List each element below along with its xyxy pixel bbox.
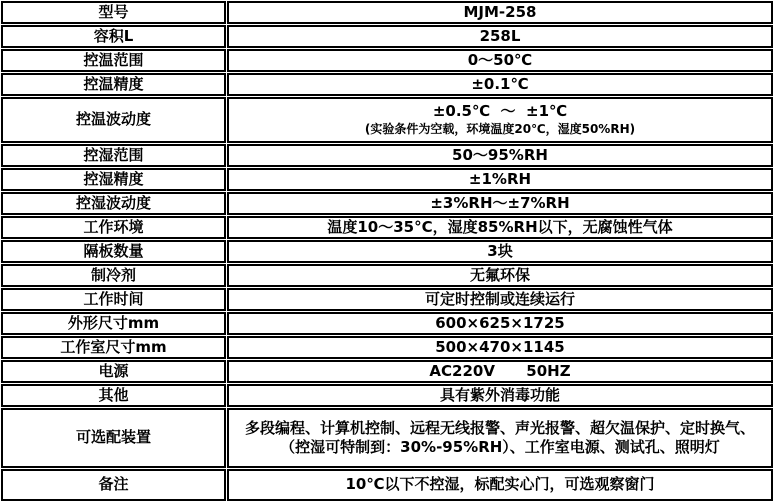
spec-value-work-environment: 温度10～35°C，湿度85%RH以下，无腐蚀性气体 (227, 216, 773, 239)
spec-label-remarks: 备注 (1, 469, 226, 501)
spec-label-text: 控温精度 (83, 75, 143, 95)
spec-label-text: 控温范围 (83, 51, 143, 71)
spec-label-text: 外形尺寸mm (68, 314, 159, 334)
spec-value-other: 具有紫外消毒功能 (227, 384, 773, 407)
spec-value-outer-dimensions: 600×625×1725 (227, 312, 773, 335)
spec-value-work-time: 可定时控制或连续运行 (227, 288, 773, 311)
spec-label-text: 工作室尺寸mm (60, 338, 166, 358)
spec-label-model: 型号 (1, 1, 226, 24)
spec-value-optional-devices: 多段编程、计算机控制、远程无线报警、声光报警、超欠温保护、定时换气、（控湿可特制… (227, 408, 773, 468)
spec-value-text: MJM-258 (464, 3, 537, 23)
spec-label-refrigerant: 制冷剂 (1, 264, 226, 287)
spec-label-temp-accuracy: 控温精度 (1, 73, 226, 96)
spec-label-work-time: 工作时间 (1, 288, 226, 311)
spec-label-other: 其他 (1, 384, 226, 407)
spec-label-text: 型号 (98, 3, 128, 23)
spec-label-humidity-range: 控湿范围 (1, 144, 226, 167)
spec-value-remarks: 10℃以下不控湿，标配实心门，可选观察窗门 (227, 469, 773, 501)
spec-value-text: 无氟环保 (470, 266, 530, 286)
spec-label-text: 控温波动度 (76, 110, 151, 130)
spec-value-text: 50～95%RH (452, 146, 548, 166)
spec-label-text: 控湿范围 (83, 146, 143, 166)
spec-label-work-environment: 工作环境 (1, 216, 226, 239)
spec-label-humidity-accuracy: 控湿精度 (1, 168, 226, 191)
spec-value-text: AC220V 50HZ (429, 362, 570, 382)
spec-value-note: (实验条件为空载，环境温度20℃，湿度50%RH) (365, 122, 635, 138)
spec-label-power: 电源 (1, 360, 226, 383)
spec-label-optional-devices: 可选配装置 (1, 408, 226, 468)
spec-label-text: 可选配装置 (76, 428, 151, 448)
spec-label-text: 隔板数量 (83, 242, 143, 262)
spec-value-power: AC220V 50HZ (227, 360, 773, 383)
spec-label-volume: 容积L (1, 25, 226, 48)
spec-label-outer-dimensions: 外形尺寸mm (1, 312, 226, 335)
product-spec-table: 型号 MJM-258 容积L 258L 控温范围 0～50℃ 控温精度 ±0.1… (0, 0, 774, 503)
spec-value-text: 10℃以下不控湿，标配实心门，可选观察窗门 (345, 475, 654, 495)
spec-value-text: 258L (480, 27, 521, 47)
spec-value-text: 具有紫外消毒功能 (440, 386, 560, 406)
spec-value-humidity-fluctuation: ±3%RH～±7%RH (227, 192, 773, 215)
spec-value-volume: 258L (227, 25, 773, 48)
spec-label-text: 容积L (94, 27, 134, 47)
spec-value-text: ±0.1℃ (471, 75, 528, 95)
spec-value-text: 500×470×1145 (435, 338, 565, 358)
spec-value-text: 可定时控制或连续运行 (425, 290, 575, 310)
spec-value-text: 0～50℃ (468, 51, 532, 71)
spec-label-shelf-count: 隔板数量 (1, 240, 226, 263)
spec-value-text: ±0.5℃ ～ ±1℃ (433, 102, 567, 122)
spec-value-text: 多段编程、计算机控制、远程无线报警、声光报警、超欠温保护、定时换气、（控湿可特制… (237, 419, 763, 458)
spec-label-temp-range: 控温范围 (1, 49, 226, 72)
spec-value-text: 3块 (487, 242, 512, 262)
spec-value-text: ±3%RH～±7%RH (430, 194, 569, 214)
spec-label-text: 其他 (98, 386, 128, 406)
spec-label-text: 控湿精度 (83, 170, 143, 190)
spec-label-text: 控湿波动度 (76, 194, 151, 214)
spec-value-model: MJM-258 (227, 1, 773, 24)
spec-value-shelf-count: 3块 (227, 240, 773, 263)
spec-label-text: 工作环境 (83, 218, 143, 238)
spec-value-temp-fluctuation: ±0.5℃ ～ ±1℃ (实验条件为空载，环境温度20℃，湿度50%RH) (227, 97, 773, 143)
spec-value-temp-range: 0～50℃ (227, 49, 773, 72)
spec-value-temp-accuracy: ±0.1℃ (227, 73, 773, 96)
spec-label-text: 电源 (98, 362, 128, 382)
spec-label-text: 工作时间 (83, 290, 143, 310)
spec-value-humidity-accuracy: ±1%RH (227, 168, 773, 191)
spec-label-text: 备注 (98, 475, 128, 495)
spec-label-chamber-dimensions: 工作室尺寸mm (1, 336, 226, 359)
spec-value-chamber-dimensions: 500×470×1145 (227, 336, 773, 359)
spec-value-text: 温度10～35°C，湿度85%RH以下，无腐蚀性气体 (327, 218, 672, 238)
spec-value-text: ±1%RH (469, 170, 531, 190)
spec-value-humidity-range: 50～95%RH (227, 144, 773, 167)
spec-value-refrigerant: 无氟环保 (227, 264, 773, 287)
spec-label-temp-fluctuation: 控温波动度 (1, 97, 226, 143)
spec-value-text: 600×625×1725 (435, 314, 565, 334)
spec-label-text: 制冷剂 (91, 266, 136, 286)
spec-label-humidity-fluctuation: 控湿波动度 (1, 192, 226, 215)
